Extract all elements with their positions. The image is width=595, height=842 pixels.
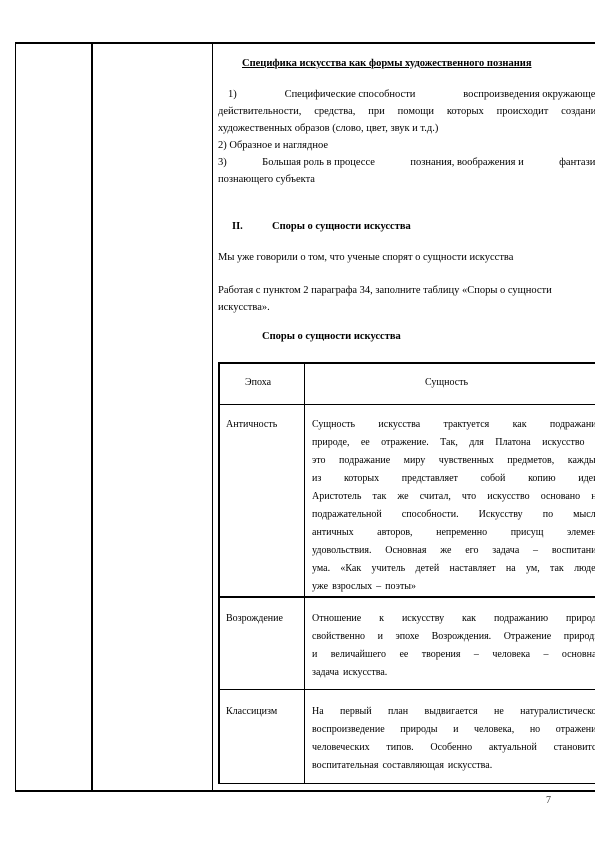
word: не — [494, 703, 504, 721]
word: выдвигается — [424, 703, 477, 721]
word: становится — [554, 739, 595, 757]
word: воспроизведение — [312, 721, 385, 739]
word: трактуется — [444, 416, 490, 434]
outer-table-col-divider-2 — [212, 42, 213, 792]
word: античных — [312, 524, 354, 542]
word: – — [474, 646, 479, 664]
section-number: II. — [232, 221, 243, 232]
word: и — [453, 721, 458, 739]
word: искусство — [487, 488, 529, 506]
cell-line: воспитательнаясоставляющаяискусства. — [312, 757, 595, 775]
cell-line: античныхавторов,непременноприсущэлемент — [312, 524, 595, 542]
word: которых — [344, 470, 379, 488]
word: – — [533, 542, 538, 560]
word: искусство — [542, 434, 584, 452]
cell-line: ивеличайшегоеетворения–человека–основная — [312, 646, 595, 664]
intro-text: Мы уже говорили о том, что ученые спорят… — [218, 252, 513, 263]
word: – — [376, 578, 381, 596]
word: первый — [340, 703, 372, 721]
table-title: Споры о сущности искусства — [262, 331, 401, 342]
word: Искусству — [479, 506, 523, 524]
word: идеи. — [578, 470, 595, 488]
word: эпохе — [395, 628, 419, 646]
task-line-2: искусства». — [218, 302, 270, 313]
word: задача — [312, 664, 339, 682]
table-col-divider — [304, 362, 305, 784]
word: подражание — [339, 452, 390, 470]
word: «Как — [340, 560, 361, 578]
cell-line: воспроизведениеприродыичеловека,ноотраже… — [312, 721, 595, 739]
word: которых — [447, 106, 484, 117]
cell-line: Напервыйпланвыдвигаетсяненатуралистическ… — [312, 703, 595, 721]
word: творения — [422, 646, 461, 664]
cell-line: свойственноиэпохеВозрождения.Отражениепр… — [312, 628, 595, 646]
word: помощи — [398, 106, 434, 117]
word: основано — [541, 488, 580, 506]
word: происходит — [497, 106, 549, 117]
word: Аристотель — [312, 488, 361, 506]
word: искусства. — [343, 664, 387, 682]
text-fragment: воспроизведения окружающей — [463, 89, 595, 100]
word: Так, — [440, 434, 458, 452]
word: отражение — [556, 721, 595, 739]
table-row-divider-1 — [218, 596, 595, 598]
word: ума. — [312, 560, 330, 578]
point-2: 2) Образное и наглядное — [218, 140, 328, 151]
word: природе — [566, 610, 595, 628]
point-number: 1) — [228, 89, 237, 100]
word: считал, — [420, 488, 451, 506]
section-title: Споры о сущности искусства — [272, 221, 411, 232]
word: и — [378, 628, 383, 646]
word: ее — [399, 646, 408, 664]
word: к — [379, 610, 384, 628]
text-fragment: Большая роль в процессе — [262, 157, 375, 168]
word: – — [543, 646, 548, 664]
cell-line: этоподражаниемиручувственныхпредметов,ка… — [312, 452, 595, 470]
word: свойственно — [312, 628, 365, 646]
word: природы — [564, 628, 595, 646]
table-row-3-epoch: Классицизм — [226, 703, 277, 721]
word: же — [397, 488, 408, 506]
word: так — [550, 560, 564, 578]
word: для — [469, 434, 484, 452]
word: Основная — [385, 542, 426, 560]
table-header-divider — [218, 404, 595, 405]
word: элемент — [567, 524, 595, 542]
word: Возрождения. — [432, 628, 492, 646]
word: детей — [416, 560, 440, 578]
word: природы — [400, 721, 437, 739]
cell-line: Сущностьискусстватрактуетсякакподражание — [312, 416, 595, 434]
word: предметов, — [507, 452, 554, 470]
cell-line: Отношениекискусствукакподражаниюприроде — [312, 610, 595, 628]
cell-line: ума.«Какучительдетейнаставляетнаум,таклю… — [312, 560, 595, 578]
table-row-3-essence: Напервыйпланвыдвигаетсяненатуралистическ… — [312, 703, 595, 775]
word: природе, — [312, 434, 349, 452]
word: ее — [361, 434, 370, 452]
word: представляет — [402, 470, 458, 488]
word: актуальной — [489, 739, 537, 757]
table-left-border — [218, 362, 220, 784]
word: воспитание — [552, 542, 595, 560]
word: авторов, — [377, 524, 412, 542]
word: ум, — [526, 560, 540, 578]
word: присущ — [511, 524, 544, 542]
outer-table-left-border — [15, 42, 16, 792]
word: миру — [404, 452, 426, 470]
word: непременно — [436, 524, 487, 542]
word: подражательной — [312, 506, 382, 524]
word: типов. — [386, 739, 413, 757]
word: так — [373, 488, 387, 506]
point-1-line-2: действительности, средства, при помощи к… — [218, 106, 595, 117]
point-3-line-1: 3) Большая роль в процессе познания, воо… — [218, 157, 595, 168]
word: его — [465, 542, 478, 560]
word: средства, — [314, 106, 355, 117]
word: Отношение — [312, 610, 361, 628]
word: на — [591, 488, 595, 506]
outer-table-col-divider-1 — [91, 42, 93, 792]
word: как — [462, 610, 476, 628]
table-row-1-epoch: Античность — [226, 416, 277, 434]
cell-line: изкоторыхпредставляетсобойкопиюидеи. — [312, 470, 595, 488]
word: и — [312, 646, 317, 664]
cell-line: человеческихтипов.Особенноактуальнойстан… — [312, 739, 595, 757]
task-line-1: Работая с пунктом 2 параграфа 34, заполн… — [218, 285, 552, 296]
word: наставляет — [449, 560, 495, 578]
cell-line: ужевзрослых–поэты» — [312, 578, 595, 596]
cell-line: подражательнойспособности.Искусствупомыс… — [312, 506, 595, 524]
word: людей — [574, 560, 595, 578]
word: каждый — [568, 452, 595, 470]
word: На — [312, 703, 324, 721]
cell-line: Аристотельтакжесчитал,чтоискусствооснова… — [312, 488, 595, 506]
word: чувственных — [439, 452, 494, 470]
word: Платона — [495, 434, 530, 452]
cell-line: природе,ееотражение.Так,дляПлатонаискусс… — [312, 434, 595, 452]
word: как — [513, 416, 527, 434]
text-fragment: Специфические способности — [285, 89, 416, 100]
word: человека — [492, 646, 530, 664]
document-page: Специфика искусства как формы художестве… — [0, 0, 595, 842]
word: способности. — [402, 506, 459, 524]
table-row-2-essence: Отношениекискусствукакподражаниюприродес… — [312, 610, 595, 682]
table-bottom-border — [218, 783, 595, 784]
word: человека, — [474, 721, 514, 739]
outer-table-top-border — [15, 42, 595, 44]
word: искусства — [378, 416, 420, 434]
word: по — [543, 506, 553, 524]
word: это — [312, 452, 326, 470]
word: человеческих — [312, 739, 370, 757]
word: задача — [492, 542, 519, 560]
word: искусству — [402, 610, 444, 628]
text-fragment: познания, воображения и — [410, 157, 523, 168]
point-3-line-2: познающего субъекта — [218, 174, 315, 185]
cell-line: задачаискусства. — [312, 664, 595, 682]
word: на — [506, 560, 516, 578]
word: подражанию — [494, 610, 548, 628]
word: но — [530, 721, 540, 739]
word: Особенно — [430, 739, 472, 757]
word: подражание — [550, 416, 595, 434]
word: же — [440, 542, 451, 560]
word: план — [388, 703, 408, 721]
table-row-1-essence: Сущностьискусстватрактуетсякакподражание… — [312, 416, 595, 596]
point-1-line-3: художественных образов (слово, цвет, зву… — [218, 123, 438, 134]
word: действительности, — [218, 106, 301, 117]
word: основная — [562, 646, 595, 664]
word: искусства. — [448, 757, 492, 775]
word: удовольствия. — [312, 542, 372, 560]
word: взрослых — [332, 578, 372, 596]
word: что — [462, 488, 476, 506]
table-header-essence: Сущность — [425, 374, 468, 392]
word: уже — [312, 578, 328, 596]
word: Сущность — [312, 416, 355, 434]
table-header-epoch: Эпоха — [245, 374, 271, 392]
word: составляющая — [382, 757, 443, 775]
table-top-border — [218, 362, 595, 364]
word: учитель — [371, 560, 405, 578]
word: поэты» — [385, 578, 416, 596]
word: Отражение — [504, 628, 552, 646]
word: отражение. — [381, 434, 429, 452]
word: из — [312, 470, 321, 488]
word: при — [368, 106, 385, 117]
word: копию — [528, 470, 556, 488]
table-row-divider-2 — [218, 689, 595, 690]
page-number: 7 — [546, 795, 551, 806]
cell-line: удовольствия.Основнаяжеегозадача–воспита… — [312, 542, 595, 560]
point-number: 3) — [218, 157, 227, 168]
word: воспитательная — [312, 757, 378, 775]
word: мысли — [573, 506, 595, 524]
text-fragment: фантазии — [559, 157, 595, 168]
outer-table-bottom-border — [15, 790, 595, 792]
word: создание — [561, 106, 595, 117]
word: величайшего — [331, 646, 386, 664]
section-heading: Специфика искусства как формы художестве… — [242, 58, 595, 69]
table-row-2-epoch: Возрождение — [226, 610, 283, 628]
word: натуралистическое — [520, 703, 595, 721]
point-1-line-1: 1) Специфические способности воспроизвед… — [228, 89, 595, 100]
word: собой — [481, 470, 506, 488]
